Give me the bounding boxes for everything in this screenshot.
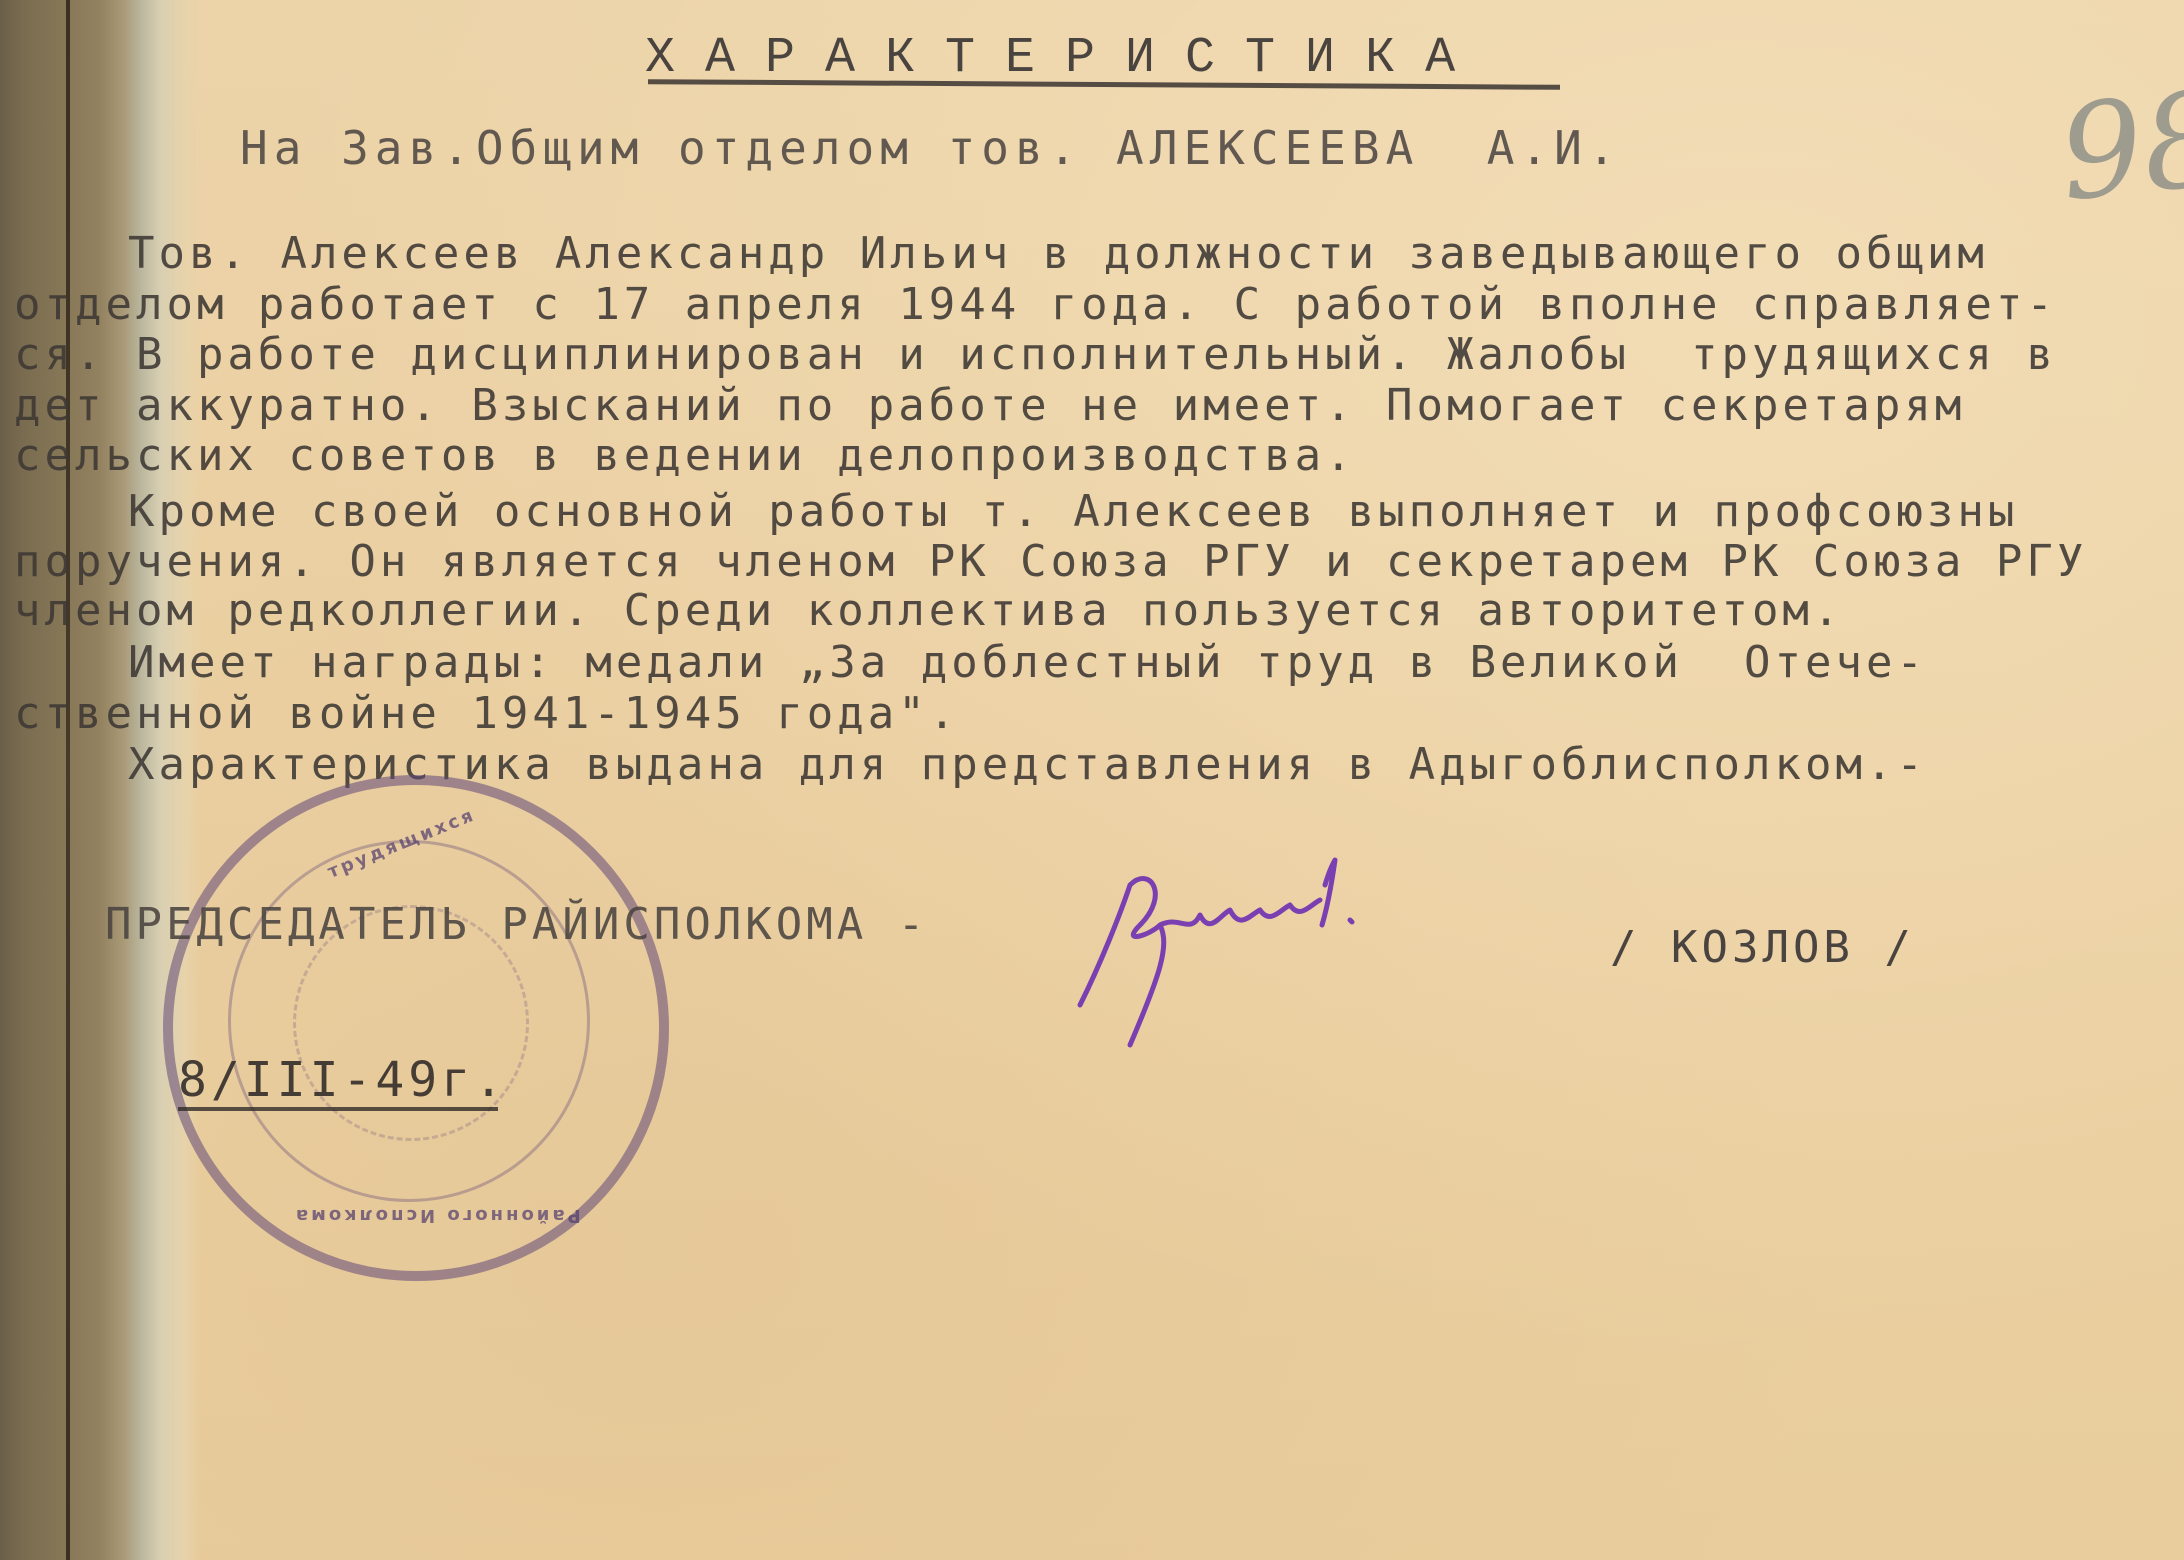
body-line: Тов. Алексеев Александр Ильич в должност… [128, 232, 1988, 276]
body-line: Имеет награды: медали „За доблестный тру… [128, 641, 1927, 685]
body-line: ственной войне 1941-1945 года". [14, 692, 959, 736]
body-line: дет аккуратно. Взысканий по работе не им… [14, 384, 1965, 428]
document-subtitle: На Зав.Общим отделом тов. АЛЕКСЕЕВА А.И. [240, 125, 1621, 171]
official-round-stamp: трудящихся Районного Исполкома [163, 775, 669, 1281]
body-line: Кроме своей основной работы т. Алексеев … [128, 490, 2018, 534]
document-title: ХАРАКТЕРИСТИКА [645, 30, 1485, 87]
body-line: поручения. Он является членом РК Союза Р… [14, 540, 2087, 584]
binding-crease [66, 0, 70, 1560]
body-line: членом редколлегии. Среди коллектива пол… [14, 589, 1843, 633]
date-underline [178, 1107, 498, 1111]
scanned-document-page: ХАРАКТЕРИСТИКА На Зав.Общим отделом тов.… [0, 0, 2184, 1560]
body-line: сельских советов в ведении делопроизводс… [14, 434, 1356, 478]
document-date: 8/III-49г. [178, 1056, 507, 1104]
body-line: ся. В работе дисциплинирован и исполните… [14, 333, 2057, 377]
handwritten-folio-number: 98 [2053, 62, 2184, 230]
handwritten-signature-icon [1060, 855, 1480, 1055]
signatory-name: / КОЗЛОВ / [1610, 922, 1915, 973]
stamp-bottom-text: Районного Исполкома [293, 1205, 581, 1226]
body-line: отделом работает с 17 апреля 1944 года. … [14, 283, 2057, 327]
position-label: ПРЕДСЕДАТЕЛЬ РАЙИСПОЛКОМА - [105, 903, 928, 947]
